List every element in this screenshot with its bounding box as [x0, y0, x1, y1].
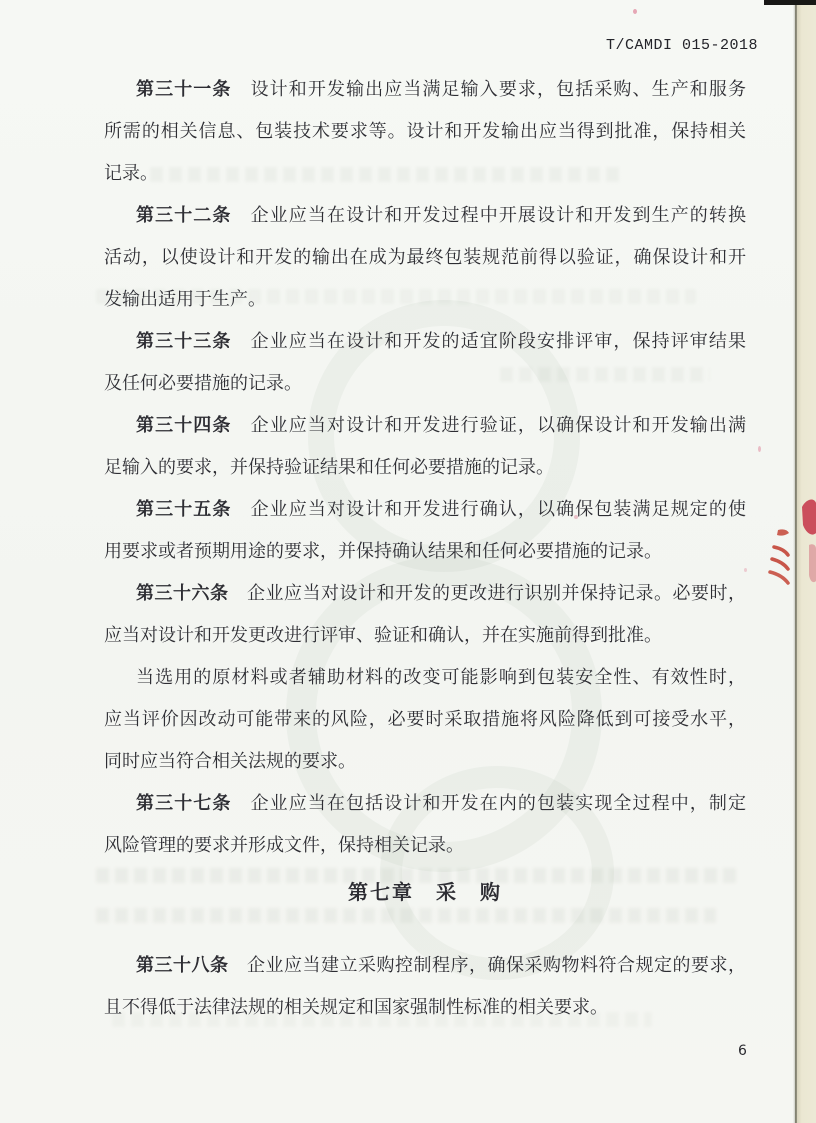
body-line: 第三十八条 企业应当建立采购控制程序，确保采购物料符合规定的要求， [104, 944, 746, 986]
scan-top-edge [764, 0, 816, 5]
article-number: 第三十六条 [136, 583, 229, 603]
body-line: 第三十三条 企业应当在设计和开发的适宜阶段安排评审，保持评审结果 [104, 320, 746, 362]
document-body: 第三十一条 设计和开发输出应当满足输入要求，包括采购、生产和服务 所需的相关信息… [104, 68, 746, 1028]
ink-speck [574, 515, 578, 519]
body-line: 第三十五条 企业应当对设计和开发进行确认，以确保包装满足规定的使 [104, 488, 746, 530]
body-line: 同时应当符合相关法规的要求。 [104, 740, 746, 782]
body-line: 及任何必要措施的记录。 [104, 362, 746, 404]
article-number: 第三十一条 [136, 79, 231, 99]
ink-speck [758, 446, 761, 452]
body-line: 足输入的要求，并保持验证结果和任何必要措施的记录。 [104, 446, 746, 488]
body-line: 第三十一条 设计和开发输出应当满足输入要求，包括采购、生产和服务 [104, 68, 746, 110]
body-line: 记录。 [104, 152, 746, 194]
body-line: 第三十二条 企业应当在设计和开发过程中开展设计和开发到生产的转换 [104, 194, 746, 236]
page-number: 6 [738, 1043, 747, 1059]
article-number: 第三十七条 [136, 793, 231, 813]
red-ink-mark [756, 485, 816, 615]
article-number: 第三十五条 [136, 499, 231, 519]
ink-speck [744, 568, 747, 572]
body-line: 用要求或者预期用途的要求，并保持确认结果和任何必要措施的记录。 [104, 530, 746, 572]
body-line: 当选用的原材料或者辅助材料的改变可能影响到包装安全性、有效性时， [104, 656, 746, 698]
article-number: 第三十四条 [136, 415, 231, 435]
body-line: 且不得低于法律法规的相关规定和国家强制性标准的相关要求。 [104, 986, 746, 1028]
body-line: 发输出适用于生产。 [104, 278, 746, 320]
body-line: 活动，以使设计和开发的输出在成为最终包装规范前得以验证，确保设计和开 [104, 236, 746, 278]
body-line: 第三十四条 企业应当对设计和开发进行验证，以确保设计和开发输出满 [104, 404, 746, 446]
body-line: 应当评价因改动可能带来的风险，必要时采取措施将风险降低到可接受水平， [104, 698, 746, 740]
body-line: 第三十六条 企业应当对设计和开发的更改进行识别并保持记录。必要时， [104, 572, 746, 614]
article-number: 第三十八条 [136, 955, 229, 975]
ink-speck [633, 9, 637, 14]
body-line: 第三十七条 企业应当在包括设计和开发在内的包装实现全过程中，制定 [104, 782, 746, 824]
article-number: 第三十二条 [136, 205, 231, 225]
body-line: 应当对设计和开发更改进行评审、验证和确认，并在实施前得到批准。 [104, 614, 746, 656]
body-line: 风险管理的要求并形成文件，保持相关记录。 [104, 824, 746, 866]
article-number: 第三十三条 [136, 331, 231, 351]
body-line: 所需的相关信息、包装技术要求等。设计和开发输出应当得到批准，保持相关 [104, 110, 746, 152]
standard-code: T/CAMDI 015-2018 [606, 37, 758, 54]
chapter-heading: 第七章 采 购 [104, 872, 746, 914]
